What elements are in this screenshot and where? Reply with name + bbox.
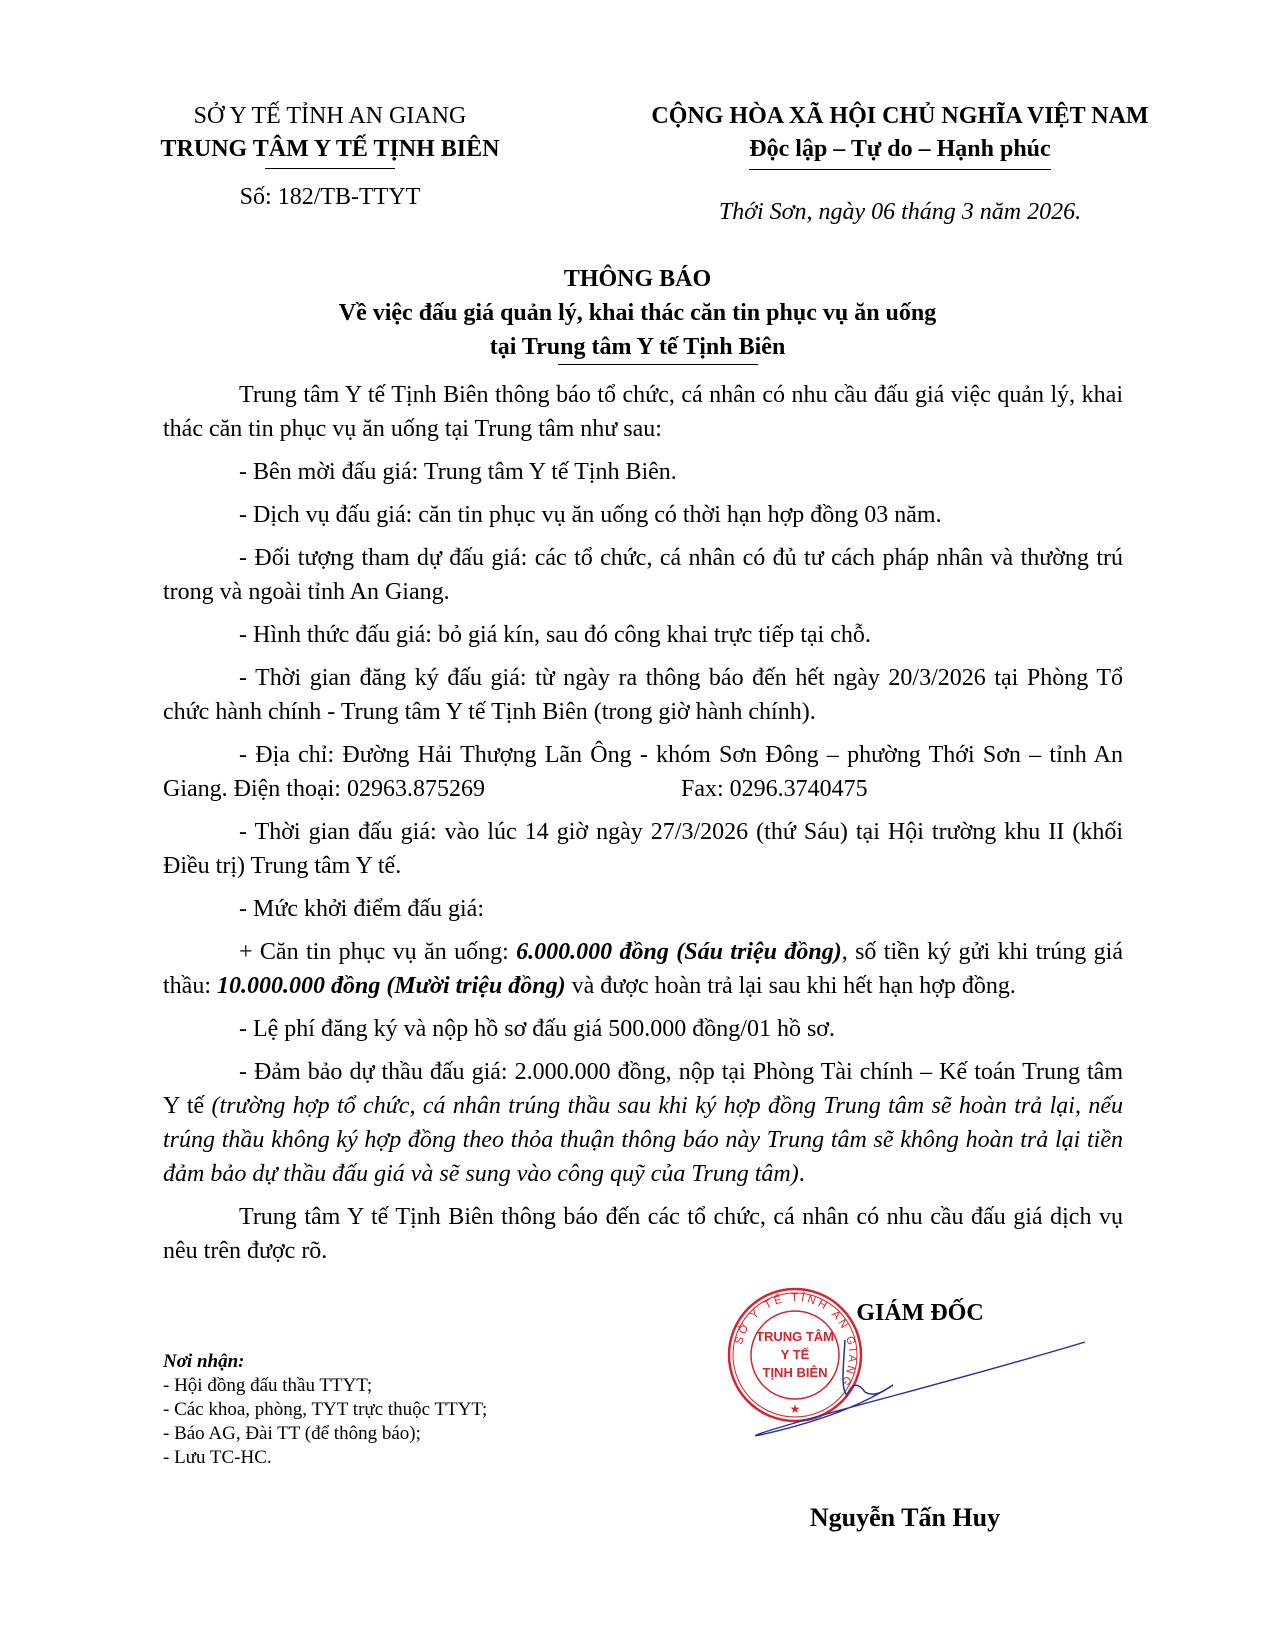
recipient-item: - Hội đồng đấu thầu TTYT; bbox=[163, 1374, 583, 1398]
organization-name: TRUNG TÂM Y TẾ TỊNH BIÊN bbox=[140, 133, 520, 166]
recipient-item: - Báo AG, Đài TT (để thông báo); bbox=[163, 1422, 583, 1446]
canteen-price: 6.000.000 đồng (Sáu triệu đồng) bbox=[516, 939, 842, 965]
document-title: THÔNG BÁO Về việc đấu giá quản lý, khai … bbox=[0, 262, 1275, 364]
item-address: - Địa chỉ: Đường Hải Thượng Lãn Ông - kh… bbox=[163, 738, 1123, 806]
item-registration: - Thời gian đăng ký đấu giá: từ ngày ra … bbox=[163, 661, 1123, 729]
item-inviter: - Bên mời đấu giá: Trung tâm Y tế Tịnh B… bbox=[163, 455, 1123, 489]
item-fee: - Lệ phí đăng ký và nộp hồ sơ đấu giá 50… bbox=[163, 1012, 1123, 1046]
header-left: SỞ Y TẾ TỈNH AN GIANG TRUNG TÂM Y TẾ TỊN… bbox=[140, 100, 520, 214]
item-canteen-price: + Căn tin phục vụ ăn uống: 6.000.000 đồn… bbox=[163, 935, 1123, 1003]
header-right: CỘNG HÒA XÃ HỘI CHỦ NGHĨA VIỆT NAM Độc l… bbox=[620, 100, 1180, 229]
national-motto: Độc lập – Tự do – Hạnh phúc bbox=[749, 133, 1050, 170]
item-starting-price: - Mức khởi điểm đấu giá: bbox=[163, 892, 1123, 926]
item-form: - Hình thức đấu giá: bỏ giá kín, sau đó … bbox=[163, 618, 1123, 652]
place-date: Thới Sơn, ngày 06 tháng 3 năm 2026. bbox=[620, 196, 1180, 229]
canteen-suffix: và được hoàn trả lại sau khi hết hạn hợp… bbox=[566, 973, 1016, 999]
item-auction-time: - Thời gian đấu giá: vào lúc 14 giờ ngày… bbox=[163, 815, 1123, 883]
signer-name: Nguyễn Tấn Huy bbox=[760, 1503, 1050, 1533]
header-divider bbox=[265, 168, 395, 169]
recipients-heading: Nơi nhận: bbox=[163, 1350, 583, 1374]
title-divider bbox=[558, 364, 758, 365]
handwritten-signature-icon bbox=[725, 1300, 1085, 1460]
guarantee-end: . bbox=[799, 1161, 805, 1187]
fax-number: Fax: 0296.3740475 bbox=[605, 772, 868, 806]
deposit-amount: 10.000.000 đồng (Mười triệu đồng) bbox=[217, 973, 566, 999]
subject-line-2: tại Trung tâm Y tế Tịnh Biên bbox=[490, 330, 786, 364]
recipient-item: - Lưu TC-HC. bbox=[163, 1446, 583, 1470]
nation-name: CỘNG HÒA XÃ HỘI CHỦ NGHĨA VIỆT NAM bbox=[620, 100, 1180, 133]
recipient-item: - Các khoa, phòng, TYT trực thuộc TTYT; bbox=[163, 1398, 583, 1422]
item-service: - Dịch vụ đấu giá: căn tin phục vụ ăn uố… bbox=[163, 498, 1123, 532]
document-body: Trung tâm Y tế Tịnh Biên thông báo tổ ch… bbox=[163, 378, 1123, 1277]
item-participants: - Đối tượng tham dự đấu giá: các tổ chức… bbox=[163, 541, 1123, 609]
canteen-prefix: + Căn tin phục vụ ăn uống: bbox=[239, 939, 516, 965]
document-number: Số: 182/TB-TTYT bbox=[140, 181, 520, 214]
document-type: THÔNG BÁO bbox=[0, 262, 1275, 296]
guarantee-note: (trường hợp tổ chức, cá nhân trúng thầu … bbox=[163, 1093, 1123, 1187]
intro-paragraph: Trung tâm Y tế Tịnh Biên thông báo tổ ch… bbox=[163, 378, 1123, 446]
subject-line-1: Về việc đấu giá quản lý, khai thác căn t… bbox=[0, 296, 1275, 330]
recipients-block: Nơi nhận: - Hội đồng đấu thầu TTYT; - Cá… bbox=[163, 1350, 583, 1470]
item-guarantee: - Đảm bảo dự thầu đấu giá: 2.000.000 đồn… bbox=[163, 1055, 1123, 1191]
closing-paragraph: Trung tâm Y tế Tịnh Biên thông báo đến c… bbox=[163, 1200, 1123, 1268]
authority-name: SỞ Y TẾ TỈNH AN GIANG bbox=[140, 100, 520, 133]
